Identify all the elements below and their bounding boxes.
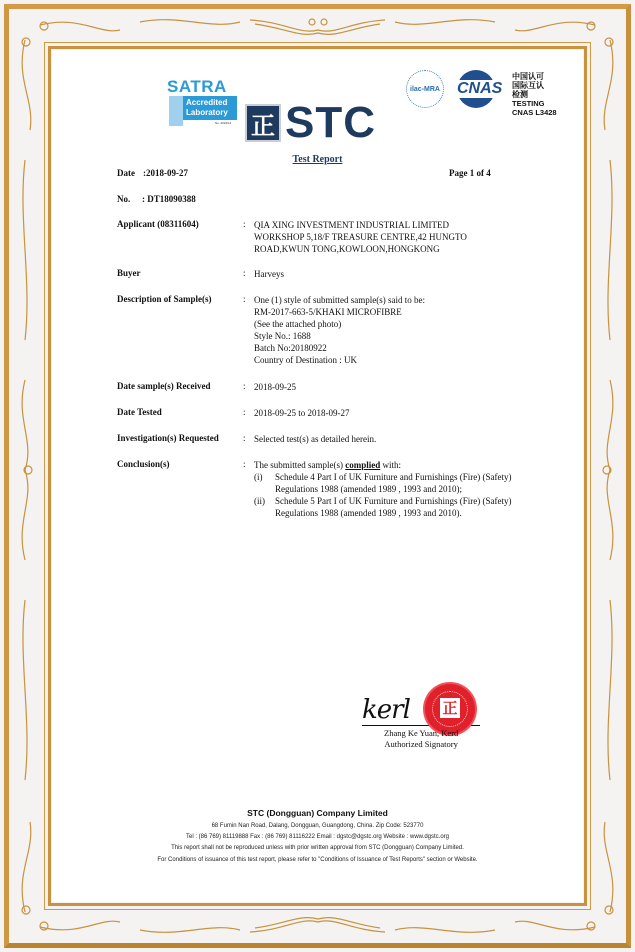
footer-address: 68 Fumin Nan Road, Dalang, Dongguan, Gua… [0, 823, 635, 829]
footer-notice-conditions: For Conditions of issuance of this test … [0, 857, 635, 863]
description-line: Style No.: 1688 [254, 330, 425, 342]
conclusion-item: Schedule 5 Part I of UK Furniture and Fu… [275, 495, 511, 519]
ilac-mra-text: ilac-MRA [410, 86, 440, 93]
colon: : [243, 433, 246, 443]
cn-line-2: 国际互认 [512, 81, 557, 90]
cnas-logo: CNAS [453, 70, 501, 110]
stc-logo-text: STC [285, 101, 376, 145]
stc-mark-icon: 正 [245, 104, 281, 142]
conclusion-item: Schedule 4 Part I of UK Furniture and Fu… [275, 471, 511, 495]
colon: : [243, 268, 246, 278]
date-received-label: Date sample(s) Received [117, 381, 210, 391]
signature-scribble: kerl [362, 695, 410, 725]
complied-emphasis: complied [345, 460, 380, 470]
satra-number: No. 2024/12 [215, 121, 231, 125]
description-line: Batch No:20180922 [254, 342, 425, 354]
applicant-line: QIA XING INVESTMENT INDUSTRIAL LIMITED [254, 219, 467, 231]
signatory-title: Authorized Signatory [384, 739, 458, 750]
date-label: Date [117, 168, 135, 178]
signatory-name: Zhang Ke Yuan, Kerd [384, 728, 458, 739]
colon: : [243, 459, 246, 469]
conclusion-item-line: Schedule 4 Part I of UK Furniture and Fu… [275, 471, 511, 483]
date-tested-value: 2018-09-25 to 2018-09-27 [254, 407, 350, 419]
conclusion-label: Conclusion(s) [117, 459, 170, 469]
investigation-value: Selected test(s) as detailed herein. [254, 433, 376, 445]
description-line: One (1) style of submitted sample(s) sai… [254, 294, 425, 306]
seal-mark: 正 [440, 698, 460, 718]
description-value: One (1) style of submitted sample(s) sai… [254, 294, 425, 366]
buyer-label: Buyer [117, 268, 141, 278]
conclusion-intro: The submitted sample(s) complied with: [254, 459, 401, 471]
colon: : [243, 381, 246, 391]
cnas-text: CNAS [457, 80, 502, 98]
conclusion-item-line: Schedule 5 Part I of UK Furniture and Fu… [275, 495, 511, 507]
cnas-accreditation: 中国认可 国际互认 检测 TESTING CNAS L3428 [512, 72, 557, 117]
satra-figure-icon [169, 96, 183, 126]
description-line: RM-2017-663-5/KHAKI MICROFIBRE [254, 306, 425, 318]
conclusion-intro-text: The submitted sample(s) [254, 460, 345, 470]
satra-logo: Accredited Laboratory No. 2024/12 [169, 96, 239, 126]
cnas-number: CNAS L3428 [512, 108, 557, 117]
applicant-value: QIA XING INVESTMENT INDUSTRIAL LIMITED W… [254, 219, 467, 255]
date-tested-label: Date Tested [117, 407, 162, 417]
satra-logo-text: SATRA [167, 77, 227, 97]
applicant-label: Applicant (08311604) [117, 219, 199, 229]
buyer-value: Harveys [254, 268, 284, 280]
description-line: Country of Destination : UK [254, 354, 425, 366]
conclusion-item-line: Regulations 1988 (amended 1989 , 1993 an… [275, 483, 511, 495]
description-label: Description of Sample(s) [117, 294, 212, 304]
footer-notice-reproduction: This report shall not be reproduced unle… [0, 845, 635, 851]
ilac-mra-logo: ilac-MRA [406, 70, 444, 108]
footer-company: STC (Dongguan) Company Limited [0, 808, 635, 818]
signatory: Zhang Ke Yuan, Kerd Authorized Signatory [384, 728, 458, 750]
report-no-label: No. [117, 194, 130, 204]
colon: : [243, 294, 246, 304]
conclusion-item-line: Regulations 1988 (amended 1989 , 1993 an… [275, 507, 511, 519]
description-line: (See the attached photo) [254, 318, 425, 330]
satra-accredited-box: Accredited Laboratory [183, 96, 237, 120]
colon: : [243, 219, 246, 229]
conclusion-intro-tail: with: [380, 460, 401, 470]
date-value: :2018-09-27 [143, 168, 188, 178]
footer-contact: Tel : (86 769) 81119888 Fax : (86 769) 8… [0, 834, 635, 840]
conclusion-item-number: (i) [254, 471, 263, 483]
cn-line-3: 检测 [512, 90, 557, 99]
applicant-line: ROAD,KWUN TONG,KOWLOON,HONGKONG [254, 243, 467, 255]
colon: : [243, 407, 246, 417]
report-title: Test Report [0, 154, 635, 165]
satra-line1: Accredited [186, 98, 237, 108]
page-indicator: Page 1 of 4 [449, 168, 491, 178]
testing-label: TESTING [512, 99, 557, 108]
date-received-value: 2018-09-25 [254, 381, 296, 393]
investigation-label: Investigation(s) Requested [117, 433, 219, 443]
satra-line2: Laboratory [186, 108, 237, 118]
company-seal-icon: 正 [425, 684, 475, 734]
report-no-value: : DT18090388 [142, 194, 196, 204]
conclusion-item-number: (ii) [254, 495, 265, 507]
cn-line-1: 中国认可 [512, 72, 557, 81]
applicant-line: WORKSHOP 5,18/F TREASURE CENTRE,42 HUNGT… [254, 231, 467, 243]
